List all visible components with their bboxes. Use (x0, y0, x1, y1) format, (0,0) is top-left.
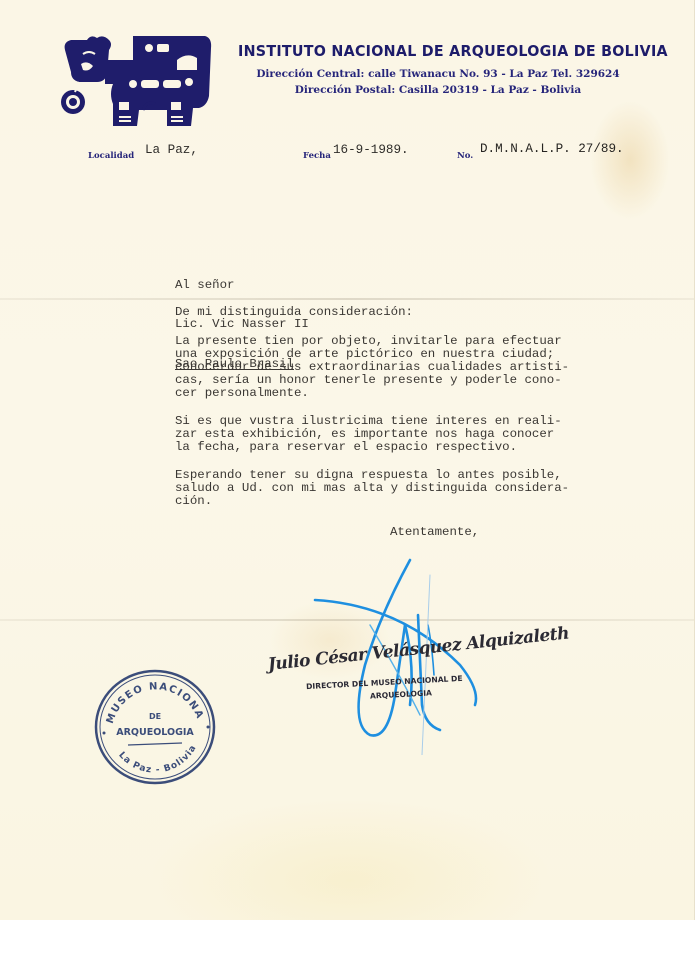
recipient-salutation: Al señor (175, 279, 635, 292)
tiwanaku-puma-logo-icon (57, 30, 217, 134)
recipient-name: Lic. Vic Nasser II (175, 318, 635, 331)
museum-stamp: MUSEO NACIONAL La Paz - Bolivia DE ARQUE… (90, 665, 220, 789)
date-label: Fecha (303, 151, 331, 161)
svg-text:La Paz - Bolivia: La Paz - Bolivia (116, 743, 199, 775)
closing: Atentamente, (390, 526, 540, 539)
number-label: No. (457, 151, 473, 161)
reference-number: D.M.N.A.L.P. 27/89. (480, 142, 624, 156)
svg-text:DE: DE (149, 712, 161, 721)
paragraph-invitation: La presente tien por objeto, invitarle p… (175, 335, 635, 400)
paragraph-farewell: Esperando tener su digna respuesta lo an… (175, 469, 635, 508)
paragraph-request: Si es que vustra ilustricima tiene inter… (175, 415, 635, 454)
locality-label: Localidad (88, 151, 134, 161)
central-address: Dirección Central: calle Tiwanacu No. 93… (238, 68, 638, 80)
date-value: 16-9-1989. (333, 143, 409, 157)
letter-page: INSTITUTO NACIONAL DE ARQUEOLOGIA DE BOL… (0, 0, 695, 920)
svg-text:ARQUEOLOGIA: ARQUEOLOGIA (116, 727, 194, 738)
institution-name: INSTITUTO NACIONAL DE ARQUEOLOGIA DE BOL… (238, 42, 606, 60)
locality-value: La Paz, (145, 143, 198, 157)
greeting: De mi distinguida consideración: (175, 306, 635, 319)
postal-address: Dirección Postal: Casilla 20319 - La Paz… (238, 84, 638, 96)
